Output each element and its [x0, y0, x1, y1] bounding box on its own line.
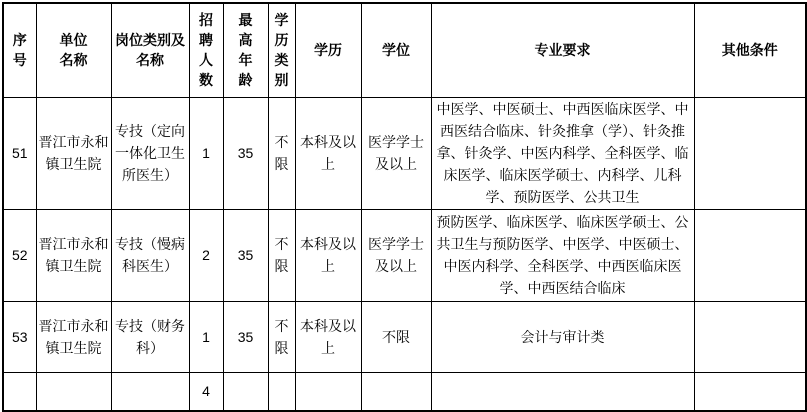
cell-other-cond — [694, 301, 806, 372]
cell-max-age: 35 — [223, 209, 268, 301]
cell-unit-name: 晋江市永和镇卫生院 — [36, 209, 111, 301]
header-age-label: 最高年龄 — [238, 10, 253, 90]
header-count-label: 招聘人数 — [198, 10, 213, 90]
cell-age-empty — [223, 372, 268, 411]
cell-seq: 51 — [3, 97, 36, 209]
cell-unit-name: 晋江市永和镇卫生院 — [36, 97, 111, 209]
cell-education-empty — [295, 372, 361, 411]
summary-row: 4 — [3, 372, 806, 411]
cell-major-empty — [431, 372, 694, 411]
cell-post-type: 专技（定向一体化卫生所医生） — [111, 97, 189, 209]
cell-recruit-count: 1 — [189, 301, 223, 372]
cell-degree: 不限 — [361, 301, 431, 372]
header-unit-label: 单位名称 — [58, 30, 90, 70]
cell-major-req: 会计与审计类 — [431, 301, 694, 372]
header-edu-type-label: 学历类别 — [274, 10, 289, 90]
cell-education: 本科及以上 — [295, 209, 361, 301]
cell-max-age: 35 — [223, 97, 268, 209]
cell-other-cond — [694, 209, 806, 301]
cell-max-age: 35 — [223, 301, 268, 372]
header-major-req: 专业要求 — [431, 3, 694, 97]
cell-post-type: 专技（财务科） — [111, 301, 189, 372]
header-education: 学历 — [295, 3, 361, 97]
cell-degree: 医学学士及以上 — [361, 209, 431, 301]
cell-edu-type: 不限 — [268, 97, 295, 209]
cell-post-empty — [111, 372, 189, 411]
cell-education: 本科及以上 — [295, 97, 361, 209]
cell-degree: 医学学士及以上 — [361, 97, 431, 209]
cell-major-req: 中医学、中医硕士、中西医临床医学、中西医结合临床、针灸推拿（学）、针灸推拿、针灸… — [431, 97, 694, 209]
cell-count-total: 4 — [189, 372, 223, 411]
header-recruit-count: 招聘人数 — [189, 3, 223, 97]
cell-seq: 52 — [3, 209, 36, 301]
cell-post-type: 专技（慢病科医生） — [111, 209, 189, 301]
table-row-51: 51 晋江市永和镇卫生院 专技（定向一体化卫生所医生） 1 35 不限 本科及以… — [3, 97, 806, 209]
header-max-age: 最高年龄 — [223, 3, 268, 97]
cell-unit-name: 晋江市永和镇卫生院 — [36, 301, 111, 372]
header-degree: 学位 — [361, 3, 431, 97]
table-row-52: 52 晋江市永和镇卫生院 专技（慢病科医生） 2 35 不限 本科及以上 医学学… — [3, 209, 806, 301]
header-edu-type: 学历类别 — [268, 3, 295, 97]
recruitment-table: 序号 单位名称 岗位类别及名称 招聘人数 最高年龄 学历类别 学历 学位 专业要… — [2, 2, 807, 412]
header-post-type: 岗位类别及名称 — [111, 3, 189, 97]
cell-other-cond — [694, 97, 806, 209]
cell-edu-type-empty — [268, 372, 295, 411]
cell-seq-empty — [3, 372, 36, 411]
recruitment-table-page: 序号 单位名称 岗位类别及名称 招聘人数 最高年龄 学历类别 学历 学位 专业要… — [0, 0, 807, 412]
cell-edu-type: 不限 — [268, 209, 295, 301]
header-other-cond: 其他条件 — [694, 3, 806, 97]
header-row: 序号 单位名称 岗位类别及名称 招聘人数 最高年龄 学历类别 学历 学位 专业要… — [3, 3, 806, 97]
cell-unit-empty — [36, 372, 111, 411]
cell-recruit-count: 1 — [189, 97, 223, 209]
header-unit-name: 单位名称 — [36, 3, 111, 97]
header-seq-label: 序号 — [12, 30, 27, 70]
header-seq: 序号 — [3, 3, 36, 97]
cell-edu-type: 不限 — [268, 301, 295, 372]
cell-degree-empty — [361, 372, 431, 411]
cell-recruit-count: 2 — [189, 209, 223, 301]
cell-other-empty — [694, 372, 806, 411]
cell-education: 本科及以上 — [295, 301, 361, 372]
table-row-53: 53 晋江市永和镇卫生院 专技（财务科） 1 35 不限 本科及以上 不限 会计… — [3, 301, 806, 372]
cell-seq: 53 — [3, 301, 36, 372]
cell-major-req: 预防医学、临床医学、临床医学硕士、公共卫生与预防医学、中医学、中医硕士、中医内科… — [431, 209, 694, 301]
